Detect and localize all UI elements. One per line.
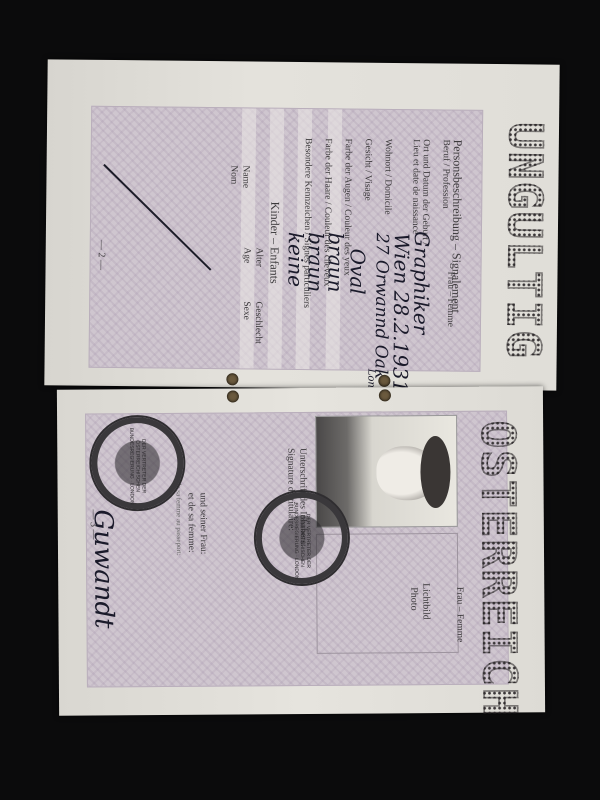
children-col-age-fr: Age [242, 247, 252, 263]
field-label-profession: Beruf / Profession [440, 139, 451, 208]
binding-hole [227, 390, 239, 402]
children-col-age: Alter [254, 247, 264, 267]
passport-page-3: Lichtbild Photo Frau – Femme Unterschrif… [57, 386, 545, 715]
page-number: — 2 — [96, 240, 106, 270]
wife-label-de: und seiner Frau: [198, 493, 208, 555]
passport-page-2: — 2 — Personsbeschreibung – Signalement … [44, 59, 559, 390]
column-header: Frau – Femme [445, 272, 456, 328]
stamp-text: DER VERTRETER DER ÖSTERREICHISCHEN BUNDE… [293, 501, 312, 581]
perforation-country: OSTERREICH [471, 420, 527, 717]
children-col-sex: Geschlecht [253, 301, 263, 343]
binding-hole [378, 375, 390, 387]
official-stamp: DER VERTRETER DER ÖSTERREICHISCHEN BUNDE… [254, 490, 351, 587]
photo-label-fr: Photo [408, 587, 418, 610]
binding-hole [226, 373, 238, 385]
value-birth: Wien 28.2.1931 [388, 233, 414, 393]
children-heading: Kinder – Enfants [266, 202, 282, 284]
field-label-domicile: Wohnort / Domicile [382, 139, 393, 215]
field-label-face: Gesicht / Visage [362, 139, 373, 201]
binding-hole [379, 389, 391, 401]
wife-label-fr: et de sa femme: [186, 493, 196, 553]
holder-signature: Guwandt [88, 509, 119, 628]
official-stamp: DER VERTRETER DER ÖSTERREICHISCHEN BUNDE… [89, 415, 186, 512]
column-header: Frau – Femme [454, 587, 464, 642]
children-col-name-fr: Nom [228, 165, 238, 184]
value-face: Oval [345, 248, 369, 294]
value-domicile: 27 Orwannd Oak [370, 233, 392, 380]
photo-label-de: Lichtbild [420, 583, 430, 620]
value-marks: keine [283, 232, 308, 287]
children-col-sex-fr: Sexe [241, 301, 251, 320]
hair [420, 436, 451, 508]
stamp-text: DER VERTRETER DER ÖSTERREICHISCHEN BUNDE… [128, 426, 147, 506]
perforation-invalid: UNGULTIG [497, 122, 553, 360]
children-col-name: Name [240, 165, 250, 188]
